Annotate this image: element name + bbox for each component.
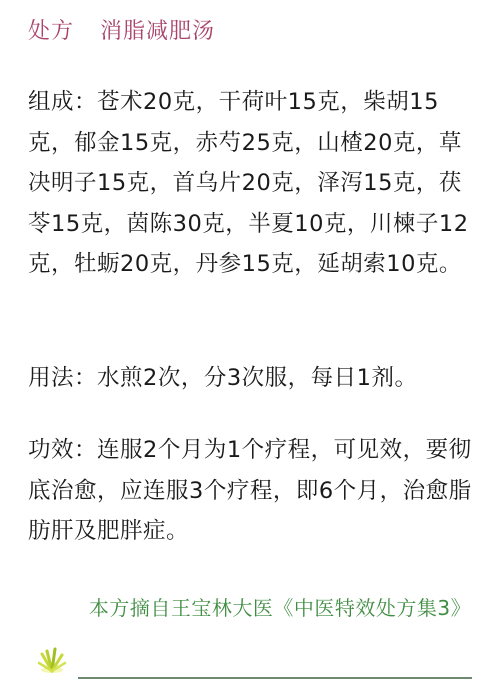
usage-paragraph: 用法：水煎2次，分3次服，每日1剂。 bbox=[28, 358, 476, 399]
source-citation: 本方摘自王宝林大医《中医特效处方集3》 bbox=[80, 588, 480, 628]
grass-icon bbox=[36, 645, 68, 675]
prescription-name: 消脂减肥汤 bbox=[100, 19, 215, 44]
composition-paragraph: 组成：苍术20克，干荷叶15克，柴胡15克，郁金15克，赤芍25克，山楂20克，… bbox=[28, 82, 476, 285]
prescription-title: 处方消脂减肥汤 bbox=[28, 14, 215, 45]
prescription-label: 处方 bbox=[28, 19, 74, 44]
effect-paragraph: 功效：连服2个月为1个疗程，可见效，要彻底治愈，应连服3个疗程，即6个月，治愈脂… bbox=[28, 430, 476, 552]
divider-line bbox=[78, 677, 472, 679]
